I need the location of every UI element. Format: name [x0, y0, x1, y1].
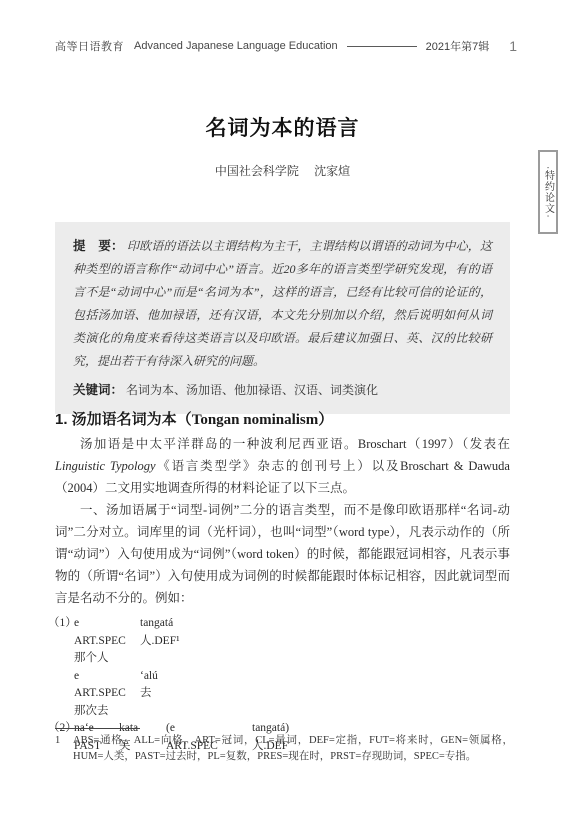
example-1: （1） e tangatá ART.SPEC 人.DEF¹ 那个人 e ‘alú: [48, 615, 510, 720]
keywords-label: 关键词：: [73, 383, 123, 397]
article-body: 1. 汤加语名词为本（Tongan nominalism） 汤加语是中太平洋群岛…: [55, 408, 510, 755]
translation-cell: 那次去: [74, 703, 109, 721]
example-number: [48, 703, 74, 721]
journal-page: 高等日语教育 Advanced Japanese Language Educat…: [0, 0, 582, 822]
paragraph-1: 汤加语是中太平洋群岛的一种波利尼西亚语。Broschart（1997）（发表在L…: [55, 433, 510, 499]
example-line: ART.SPEC 去: [48, 685, 510, 703]
keywords-text: 名词为本、汤加语、他加禄语、汉语、词类演化: [126, 383, 378, 397]
side-tab-special-paper: ·特约论文·: [538, 150, 558, 234]
example-line: e ‘alú: [48, 668, 510, 686]
gloss-cell: ‘alú: [140, 668, 158, 686]
footnote-text: ABS=通格，ALL=向格，ART=冠词，CL=量词，DEF=定指，FUT=将来…: [73, 733, 513, 765]
section-heading: 1. 汤加语名词为本（Tongan nominalism）: [55, 408, 510, 429]
paragraph-1-journal-name: Linguistic Typology: [55, 459, 156, 473]
example-number: [48, 633, 74, 651]
abstract-paragraph: 提 要： 印欧语的语法以主谓结构为主干，主谓结构以谓语的动词为中心，这种类型的语…: [73, 235, 492, 373]
byline: 中国社会科学院 沈家煊: [55, 162, 510, 179]
gloss-cell: ART.SPEC: [74, 633, 140, 651]
side-tab-label: ·特约论文·: [541, 166, 556, 219]
translation-cell: 那个人: [74, 650, 109, 668]
author-affiliation: 中国社会科学院: [215, 164, 299, 178]
footnote-rule: [55, 728, 140, 729]
example-line: ART.SPEC 人.DEF¹: [48, 633, 510, 651]
journal-title-cn: 高等日语教育: [55, 38, 124, 54]
author-name: 沈家煊: [314, 164, 350, 178]
section-heading-close: ）: [318, 411, 333, 428]
abstract-text: 印欧语的语法以主谓结构为主干，主谓结构以谓语的动词为中心，这种类型的语言称作“动…: [73, 239, 492, 368]
example-line: 那个人: [48, 650, 510, 668]
header-rule: [347, 46, 417, 47]
gloss-cell: tangatá: [140, 615, 173, 633]
example-number: [48, 668, 74, 686]
page-number: 1: [509, 38, 517, 54]
example-number: [48, 650, 74, 668]
abstract-label: 提 要：: [73, 239, 124, 253]
article-title: 名词为本的语言: [55, 112, 510, 142]
gloss-cell: 去: [140, 685, 152, 703]
gloss-cell: 人.DEF¹: [140, 633, 180, 651]
section-heading-cn: 1. 汤加语名词为本（: [55, 411, 192, 428]
example-line: 那次去: [48, 703, 510, 721]
paragraph-1-pre: 汤加语是中太平洋群岛的一种波利尼西亚语。Broschart（1997）（发表在: [80, 437, 510, 451]
gloss-cell: ART.SPEC: [74, 685, 140, 703]
issue-label: 2021年第7辑: [426, 38, 490, 54]
journal-title-en: Advanced Japanese Language Education: [134, 40, 338, 52]
page-header: 高等日语教育 Advanced Japanese Language Educat…: [55, 38, 517, 54]
footnote-number: 1: [55, 733, 73, 765]
example-line: （1） e tangatá: [48, 615, 510, 633]
gloss-cell: e: [74, 615, 140, 633]
example-number: [48, 685, 74, 703]
gloss-cell: e: [74, 668, 140, 686]
keywords-line: 关键词： 名词为本、汤加语、他加禄语、汉语、词类演化: [73, 379, 492, 402]
paragraph-2: 一、汤加语属于“词型-词例”二分的语言类型，而不是像印欧语那样“名词-动词”二分…: [55, 499, 510, 609]
section-heading-en: Tongan nominalism: [192, 412, 319, 428]
footnote: 1 ABS=通格，ALL=向格，ART=冠词，CL=量词，DEF=定指，FUT=…: [55, 733, 513, 765]
example-number: （1）: [48, 615, 74, 633]
abstract-box: 提 要： 印欧语的语法以主谓结构为主干，主谓结构以谓语的动词为中心，这种类型的语…: [55, 222, 510, 414]
